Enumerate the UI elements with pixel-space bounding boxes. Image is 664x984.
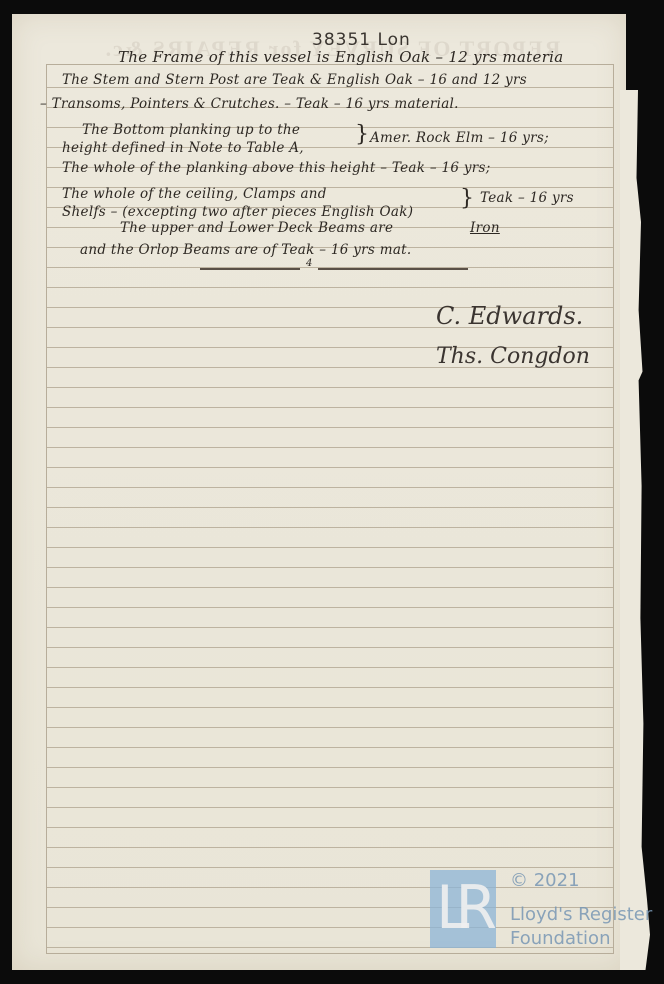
line-ceiling: The whole of the ceiling, Clamps and	[62, 186, 327, 202]
line-height-defined: height defined in Note to Table A,	[62, 140, 304, 156]
closing-rule-left	[200, 268, 300, 270]
watermark-copyright: © 2021	[510, 870, 580, 891]
torn-paper-edge	[620, 90, 650, 970]
watermark-org-line1: Lloyd's Register	[510, 904, 652, 925]
line-transoms: – Transoms, Pointers & Crutches. – Teak …	[40, 96, 459, 112]
line-shelfs: Shelfs – (excepting two after pieces Eng…	[62, 204, 413, 220]
line-stem-stern: The Stem and Stern Post are Teak & Engli…	[62, 72, 527, 88]
lr-logo: LR	[430, 870, 496, 948]
reference-number: 38351 Lon	[312, 30, 411, 50]
closing-mark: 4	[306, 258, 313, 269]
line-rock-elm: Amer. Rock Elm – 16 yrs;	[370, 130, 549, 146]
line-iron: Iron	[470, 220, 500, 236]
lr-logo-letters: LR	[436, 872, 483, 944]
signature-edwards: C. Edwards.	[436, 302, 583, 330]
brace: }	[460, 186, 474, 211]
closing-rule-right	[318, 268, 468, 270]
document-page: REPORT OF SURVEY for REPAIRS &c.	[12, 14, 626, 970]
line-planking-above: The whole of the planking above this hei…	[62, 160, 491, 176]
line-ceiling-teak: Teak – 16 yrs	[480, 190, 574, 206]
brace: }	[355, 122, 369, 147]
signature-congdon: Ths. Congdon	[436, 344, 590, 369]
line-bottom-planking: The Bottom planking up to the	[82, 122, 300, 138]
line-orlop-beams: and the Orlop Beams are of Teak – 16 yrs…	[80, 242, 412, 258]
line-deck-beams: The upper and Lower Deck Beams are	[120, 220, 393, 236]
watermark-org-line2: Foundation	[510, 928, 610, 949]
line-frame: The Frame of this vessel is English Oak …	[118, 48, 564, 66]
